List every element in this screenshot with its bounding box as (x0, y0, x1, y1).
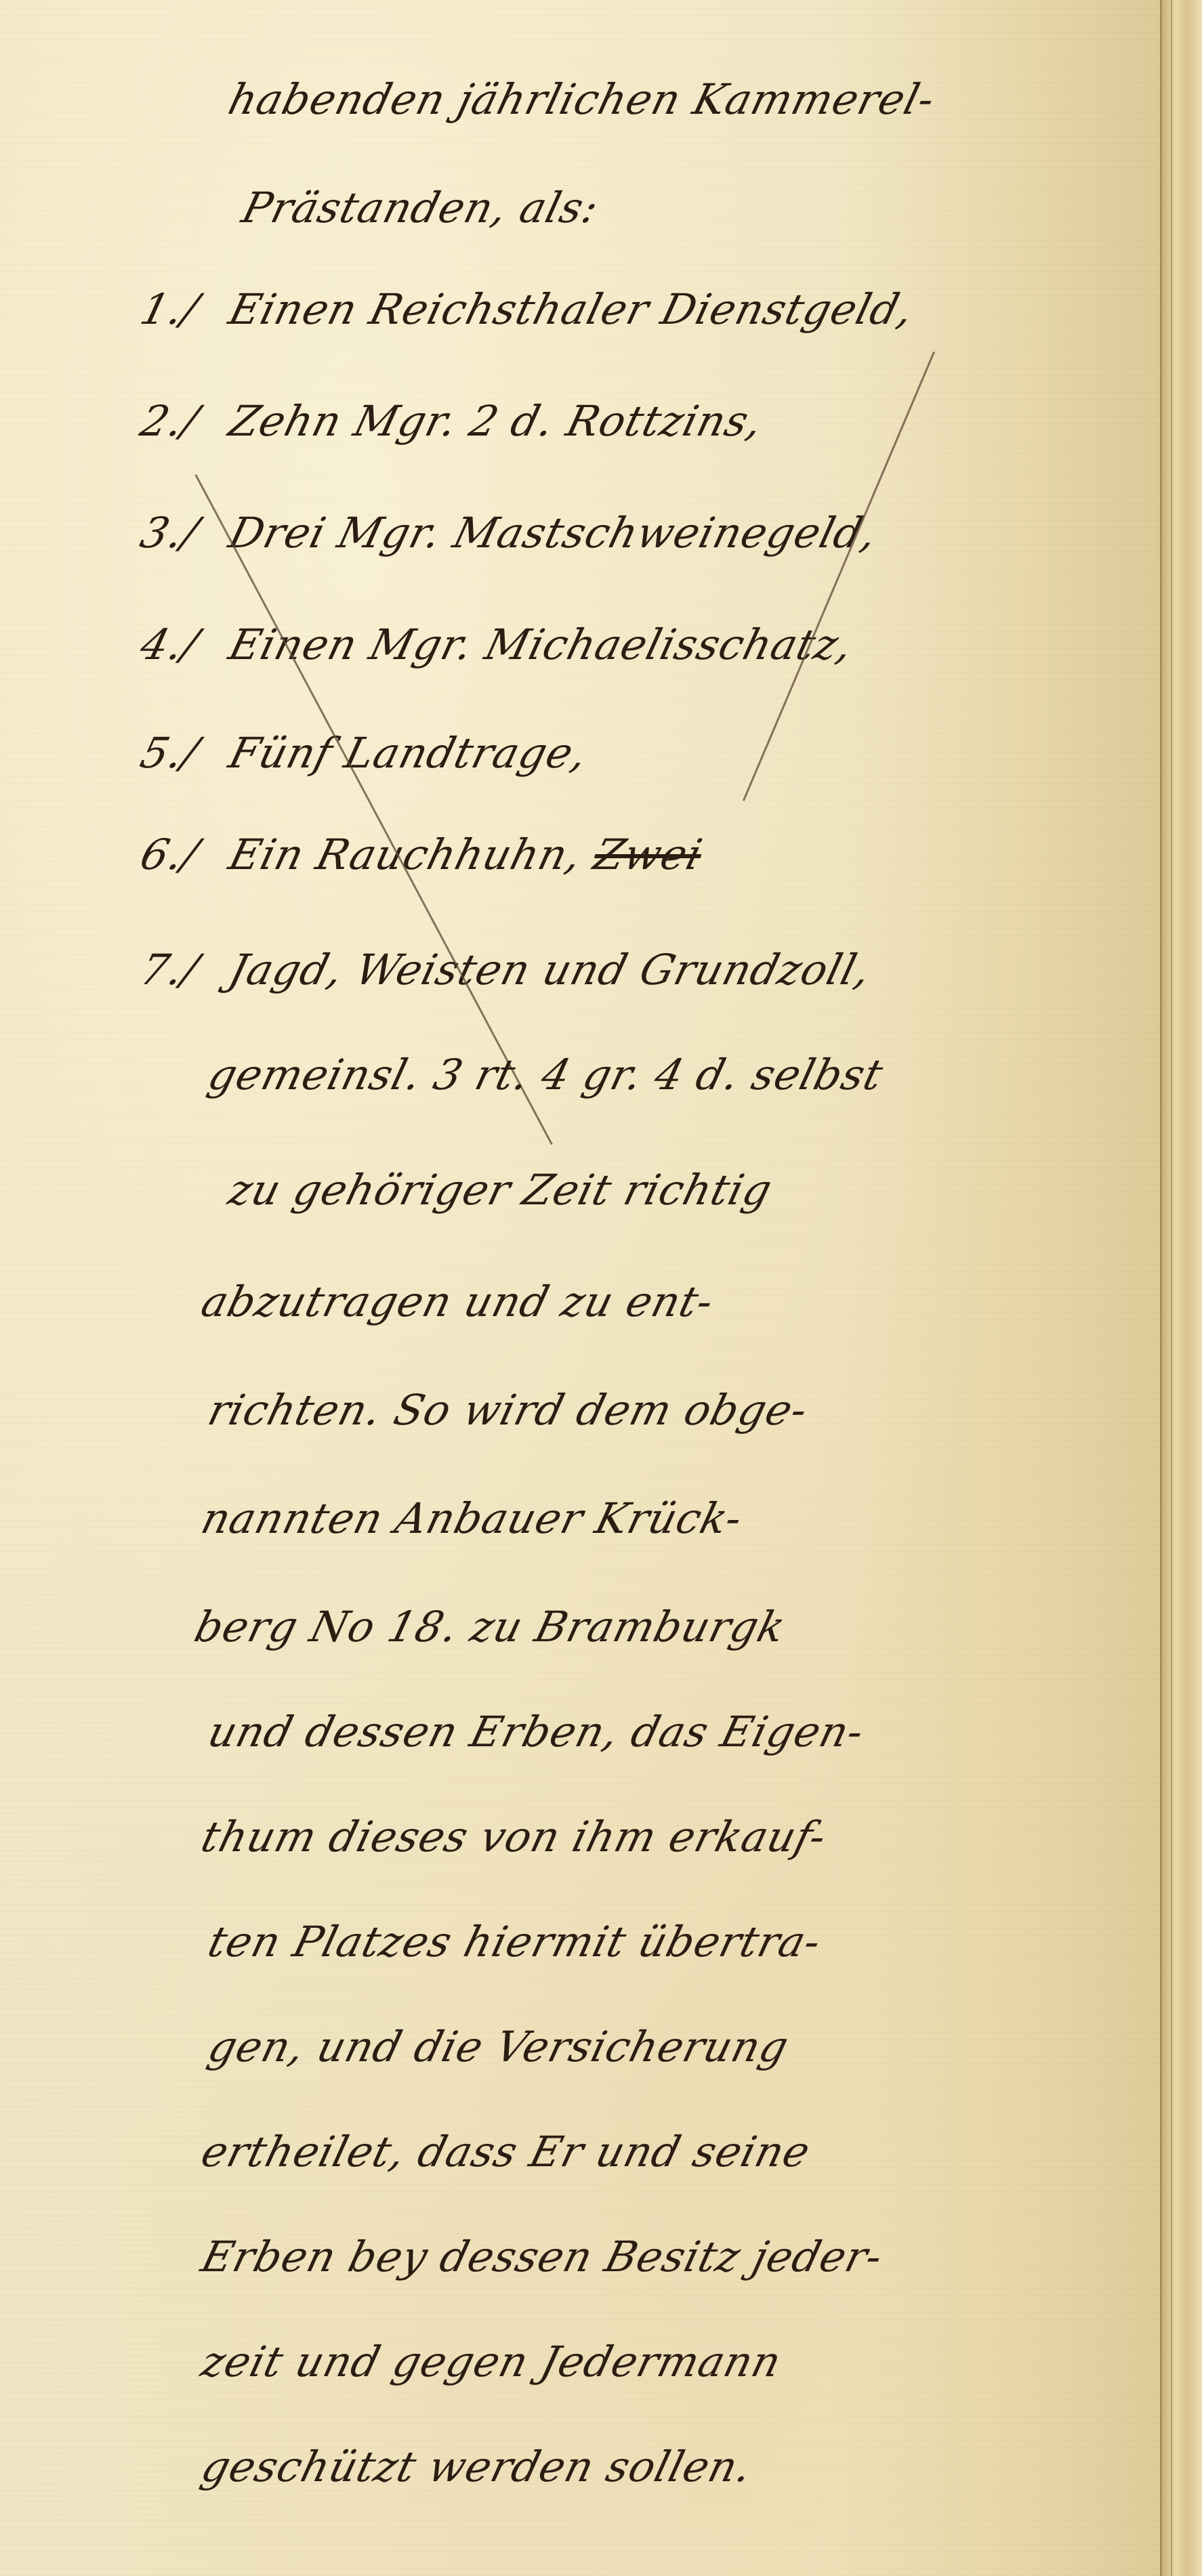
text-line-21: Erben bey dessen Besitz jeder- (196, 2232, 888, 2281)
binding-gutter (1160, 0, 1202, 2576)
list-item-1: 1./ Einen Reichsthaler Dienstgeld, (136, 284, 919, 334)
list-item-text: Einen Reichsthaler Dienstgeld, (224, 284, 919, 334)
text-line-17: thum dieses von ihm erkauf- (196, 1812, 831, 1861)
list-item-number: 4./ (136, 620, 222, 669)
text-line-15: berg No 18. zu Bramburgk (190, 1602, 791, 1651)
text-line-23: geschützt werden sollen. (196, 2442, 758, 2491)
cross-out-stroke-right (743, 352, 935, 801)
list-item-number: 2./ (136, 396, 222, 446)
text-line-19: gen, und die Versicherung (203, 2022, 794, 2071)
text-line-2: Prästanden, als: (237, 183, 604, 232)
list-item-number: 6./ (136, 830, 222, 879)
list-item-number: 3./ (136, 508, 222, 557)
list-item-text: Jagd, Weisten und Grundzoll, (224, 945, 876, 994)
text-line-16: und dessen Erben, das Eigen- (203, 1707, 869, 1756)
list-item-text: Fünf Landtrage, (224, 728, 593, 778)
text-line-13: richten. So wird dem obge- (203, 1385, 813, 1435)
binding-fold-line (1171, 0, 1172, 2576)
list-item-5: 5./ Fünf Landtrage, (136, 728, 593, 778)
text-line-12: abzutragen und zu ent- (196, 1277, 719, 1326)
text-line-11: zu gehöriger Zeit richtig (224, 1165, 777, 1215)
list-item-number: 5./ (136, 728, 222, 778)
struck-word: Zwei (589, 830, 707, 879)
document-page: habenden jährlichen Kammerel- Prästanden… (0, 0, 1202, 2576)
list-item-7: 7./ Jagd, Weisten und Grundzoll, (136, 945, 876, 994)
list-item-text: Einen Mgr. Michaelisschatz, (224, 620, 858, 669)
cross-out-stroke-left (194, 474, 552, 1145)
text-line-20: ertheilet, dass Er und seine (196, 2127, 816, 2176)
list-item-3: 3./ Drei Mgr. Mastschweinegeld, (136, 508, 882, 557)
list-item-4: 4./ Einen Mgr. Michaelisschatz, (136, 620, 858, 669)
text-line-22: zeit und gegen Jedermann (196, 2337, 787, 2386)
list-item-number: 7./ (136, 945, 222, 994)
list-item-text: Drei Mgr. Mastschweinegeld, (224, 508, 883, 557)
text-line-14: nannten Anbauer Krück- (196, 1494, 748, 1543)
list-item-6: 6./ Ein Rauchhuhn, Zwei (136, 830, 707, 879)
text-line-18: ten Platzes hiermit übertra- (203, 1917, 827, 1966)
list-item-number: 1./ (136, 284, 222, 334)
text-line-1: habenden jährlichen Kammerel- (224, 75, 940, 124)
text-line-10: gemeinsl. 3 rt. 4 gr. 4 d. selbst (203, 1050, 888, 1099)
list-item-text: Zehn Mgr. 2 d. Rottzins, (224, 396, 768, 446)
list-item-2: 2./ Zehn Mgr. 2 d. Rottzins, (136, 396, 768, 446)
